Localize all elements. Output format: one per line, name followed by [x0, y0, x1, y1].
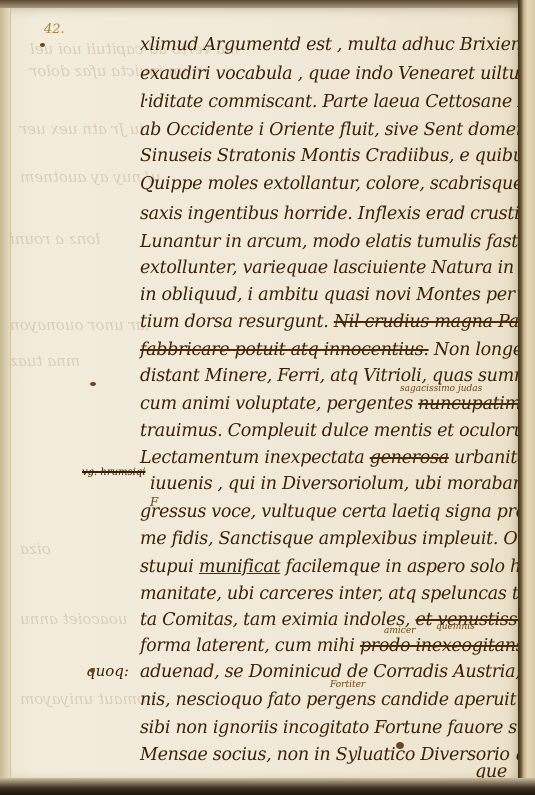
manuscript-line: extollunter, variequae lasciuiente Natur… [140, 258, 521, 278]
line-text: Lectamentum inexpectata [140, 448, 364, 468]
manuscript-line: ab Occidente i Oriente fluit, sive Sent … [140, 120, 521, 140]
manuscript-line: xlimud Argumentd est , multa adhuc Brixi… [140, 35, 521, 55]
manuscript-line: Sinuseis Stratonis Montis Cradiibus, e q… [140, 146, 521, 166]
ink-blot [396, 742, 404, 749]
margin-struck-note: vg. hrumsiqi [82, 467, 145, 478]
struck-text: generosa [370, 448, 449, 468]
bleed-through-text: .ar unor ouonayon [10, 316, 149, 334]
manuscript-line: manitate, ubi carceres inter, atq spelun… [140, 584, 521, 604]
manuscript-line: Lectamentum inexpectata generosa urbanit… [140, 448, 521, 468]
line-text: ta Comitas, tam eximia indoles, [140, 610, 410, 630]
page-right-edge [518, 0, 535, 795]
manuscript-line: sibi non ignoriis incogitato Fortune fau… [140, 718, 521, 738]
line-text: tium dorsa resurgunt. [140, 312, 329, 332]
ink-blot [90, 382, 96, 386]
struck-text: fabbricare potuit atq innocentius. [140, 340, 429, 360]
manuscript-line: cum animi voluptate, pergentes nuncupati… [140, 394, 521, 414]
manuscript-line: Quippe moles extollantur, colore, scabri… [140, 174, 521, 194]
underlined-text: munificat [199, 557, 280, 577]
line-text: facilemque in aspero solo hu= [280, 557, 521, 577]
manuscript-line: fabbricare potuit atq innocentius. Non l… [140, 340, 521, 360]
binding-gutter [0, 0, 11, 795]
manuscript-line: iuuenis , qui in Diversoriolum, ubi mora… [150, 474, 521, 494]
manuscript-line: distant Minere, Ferri, atq Vitrioli, qua… [140, 366, 521, 386]
page-bottom-edge [0, 778, 535, 795]
ink-blot [90, 668, 95, 673]
bleed-through-text: mna tuaz [10, 352, 80, 370]
manuscript-line: trauimus. Compleuit dulce mentis et ocul… [140, 421, 521, 441]
interlinear-insertion: sagacissimo judas [400, 384, 482, 394]
manuscript-line: me fidis, Sanctisque amplexibus impleuit… [140, 529, 521, 549]
line-text: cum animi voluptate, pergentes [140, 394, 413, 414]
struck-text: prodo inexeogitans [360, 636, 521, 656]
line-text: stupui [140, 557, 194, 577]
manuscript-line: stupui munificat facilemque in aspero so… [140, 557, 521, 577]
bleed-through-text: iu Jr atn uex uer [20, 120, 144, 138]
bleed-through-text: uoacoiet annu [20, 610, 127, 628]
line-text: forma laterent, cum mihi [140, 636, 355, 656]
manuscript-line: aduenad, se Dominicud de Corradis Austri… [140, 662, 521, 682]
page-top-edge [0, 0, 535, 8]
line-text: Non longe [434, 340, 521, 360]
manuscript-line: Lunantur in arcum, modo elatis tumulis f… [140, 232, 521, 252]
bleed-through-text: nomaut uniyayom [20, 690, 156, 708]
manuscript-line: nis, nescioquo fato pergens candide aper… [140, 690, 521, 710]
manuscript-page: ma verto ad capituli uoi uel nnm inuicta… [0, 0, 521, 787]
struck-text: nuncupatim [418, 394, 521, 414]
ink-blot [40, 43, 45, 47]
manuscript-line: exaudiri vocabula , quae indo Venearet u… [140, 64, 521, 84]
interlinear-insertion: Fortiter [330, 680, 365, 690]
manuscript-line: forma laterent, cum mihi prodo inexeogit… [140, 636, 521, 656]
manuscript-line: Mensae socius, non in Syluatico Diversor… [140, 745, 521, 765]
struck-text: Nil crudius magna Paren [334, 312, 521, 332]
manuscript-line: saxis ingentibus horride. Inflexis erad … [140, 204, 521, 224]
manuscript-line: ŀiditate commiscant. Parte laeua Cettosa… [140, 92, 521, 112]
manuscript-line: in obliquud, i ambitu quasi novi Montes … [140, 285, 521, 305]
manuscript-line: gressus voce, vultuque certa laetiq sign… [140, 502, 521, 522]
bleed-through-text: oiza [20, 540, 51, 558]
bleed-through-text: lonz a rouni [10, 230, 100, 248]
line-text: urbanitas [449, 448, 521, 468]
page-number: 42. [44, 22, 65, 37]
manuscript-line: tium dorsa resurgunt. Nil crudius magna … [140, 312, 521, 332]
interlinear-insertion: amicer [384, 626, 415, 636]
interlinear-insertion: quemnis [436, 622, 475, 632]
